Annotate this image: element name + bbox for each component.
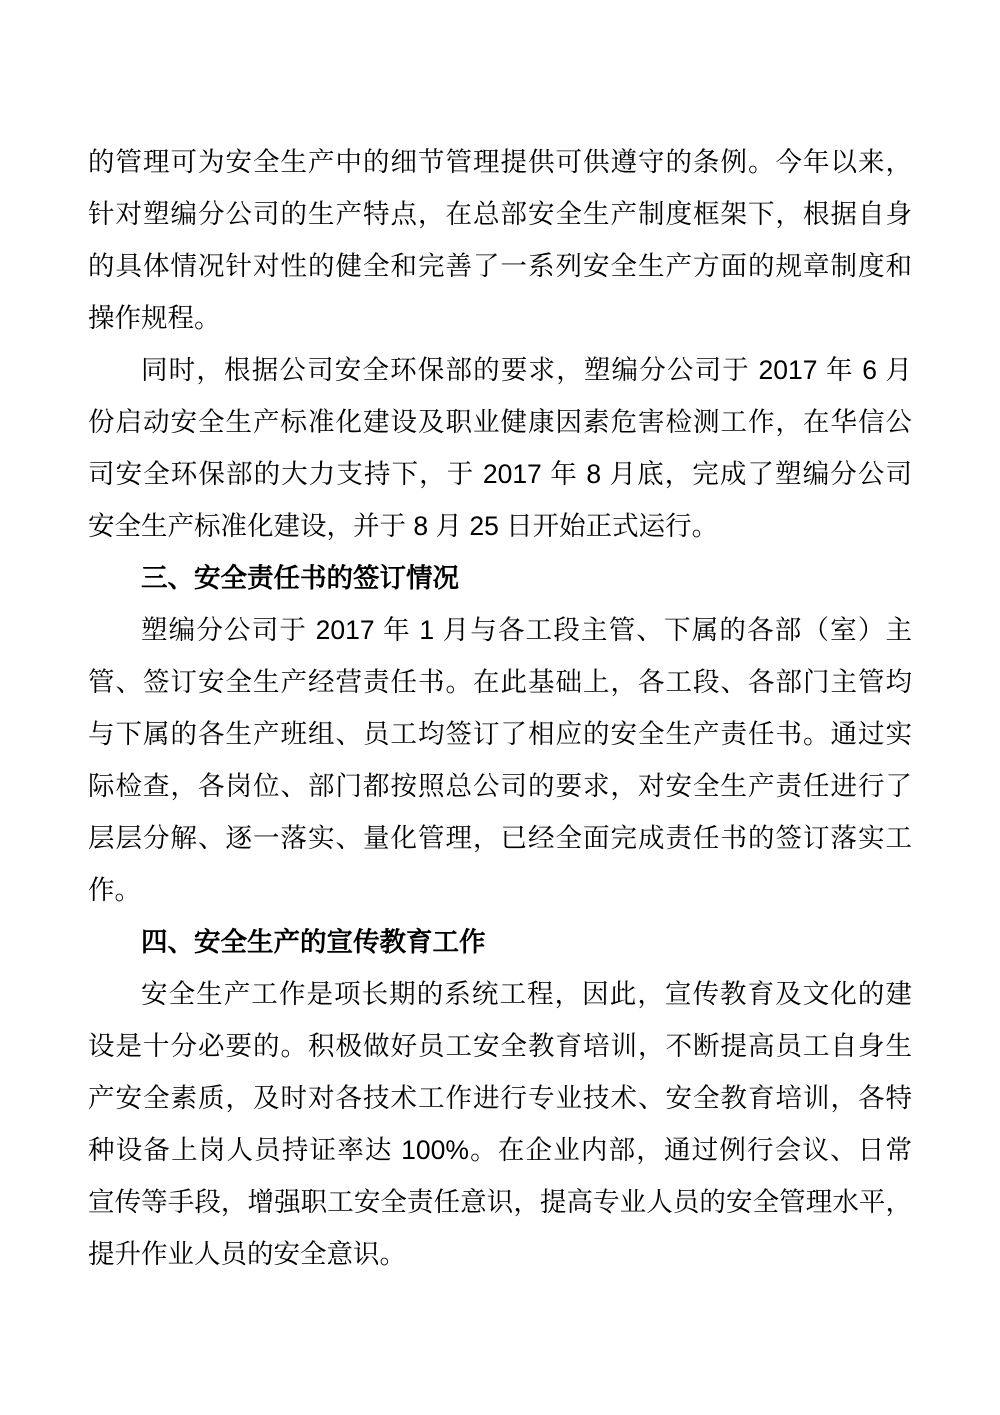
paragraph-line: 操作规程。 — [88, 292, 912, 344]
paragraph: 安全生产工作是项长期的系统工程，因此，宣传教育及文化的建 设是十分必要的。积极做… — [88, 968, 912, 1280]
document-page: 的管理可为安全生产中的细节管理提供可供遵守的条例。今年以来， 针对塑编分公司的生… — [0, 0, 1000, 1415]
paragraph-line: 层层分解、逐一落实、量化管理，已经全面完成责任书的签订落实工 — [88, 812, 912, 864]
section-heading-3: 三、安全责任书的签订情况 — [88, 552, 912, 604]
paragraph-line: 安全生产标准化建设，并于 8 月 25 日开始正式运行。 — [88, 500, 912, 552]
paragraph-line: 管、签订安全生产经营责任书。在此基础上，各工段、各部门主管均 — [88, 656, 912, 708]
paragraph-line: 产安全素质，及时对各技术工作进行专业技术、安全教育培训，各特 — [88, 1072, 912, 1124]
paragraph-line: 作。 — [88, 864, 912, 916]
paragraph: 塑编分公司于 2017 年 1 月与各工段主管、下属的各部（室）主 管、签订安全… — [88, 604, 912, 916]
paragraph-line: 种设备上岗人员持证率达 100%。在企业内部，通过例行会议、日常 — [88, 1124, 912, 1176]
paragraph-line: 同时，根据公司安全环保部的要求，塑编分公司于 2017 年 6 月 — [88, 344, 912, 396]
paragraph-line: 的管理可为安全生产中的细节管理提供可供遵守的条例。今年以来， — [88, 136, 912, 188]
paragraph: 的管理可为安全生产中的细节管理提供可供遵守的条例。今年以来， 针对塑编分公司的生… — [88, 136, 912, 344]
paragraph-line: 的具体情况针对性的健全和完善了一系列安全生产方面的规章制度和 — [88, 240, 912, 292]
paragraph-line: 宣传等手段，增强职工安全责任意识，提高专业人员的安全管理水平， — [88, 1176, 912, 1228]
section-heading-text: 四、安全生产的宣传教育工作 — [88, 916, 912, 968]
paragraph-line: 与下属的各生产班组、员工均签订了相应的安全生产责任书。通过实 — [88, 708, 912, 760]
paragraph-line: 安全生产工作是项长期的系统工程，因此，宣传教育及文化的建 — [88, 968, 912, 1020]
paragraph-line: 塑编分公司于 2017 年 1 月与各工段主管、下属的各部（室）主 — [88, 604, 912, 656]
section-heading-text: 三、安全责任书的签订情况 — [88, 552, 912, 604]
paragraph-line: 提升作业人员的安全意识。 — [88, 1228, 912, 1280]
paragraph-line: 设是十分必要的。积极做好员工安全教育培训，不断提高员工自身生 — [88, 1020, 912, 1072]
paragraph: 同时，根据公司安全环保部的要求，塑编分公司于 2017 年 6 月 份启动安全生… — [88, 344, 912, 552]
paragraph-line: 际检查，各岗位、部门都按照总公司的要求，对安全生产责任进行了 — [88, 760, 912, 812]
section-heading-4: 四、安全生产的宣传教育工作 — [88, 916, 912, 968]
paragraph-line: 司安全环保部的大力支持下，于 2017 年 8 月底，完成了塑编分公司 — [88, 448, 912, 500]
paragraph-line: 份启动安全生产标准化建设及职业健康因素危害检测工作，在华信公 — [88, 396, 912, 448]
paragraph-line: 针对塑编分公司的生产特点，在总部安全生产制度框架下，根据自身 — [88, 188, 912, 240]
